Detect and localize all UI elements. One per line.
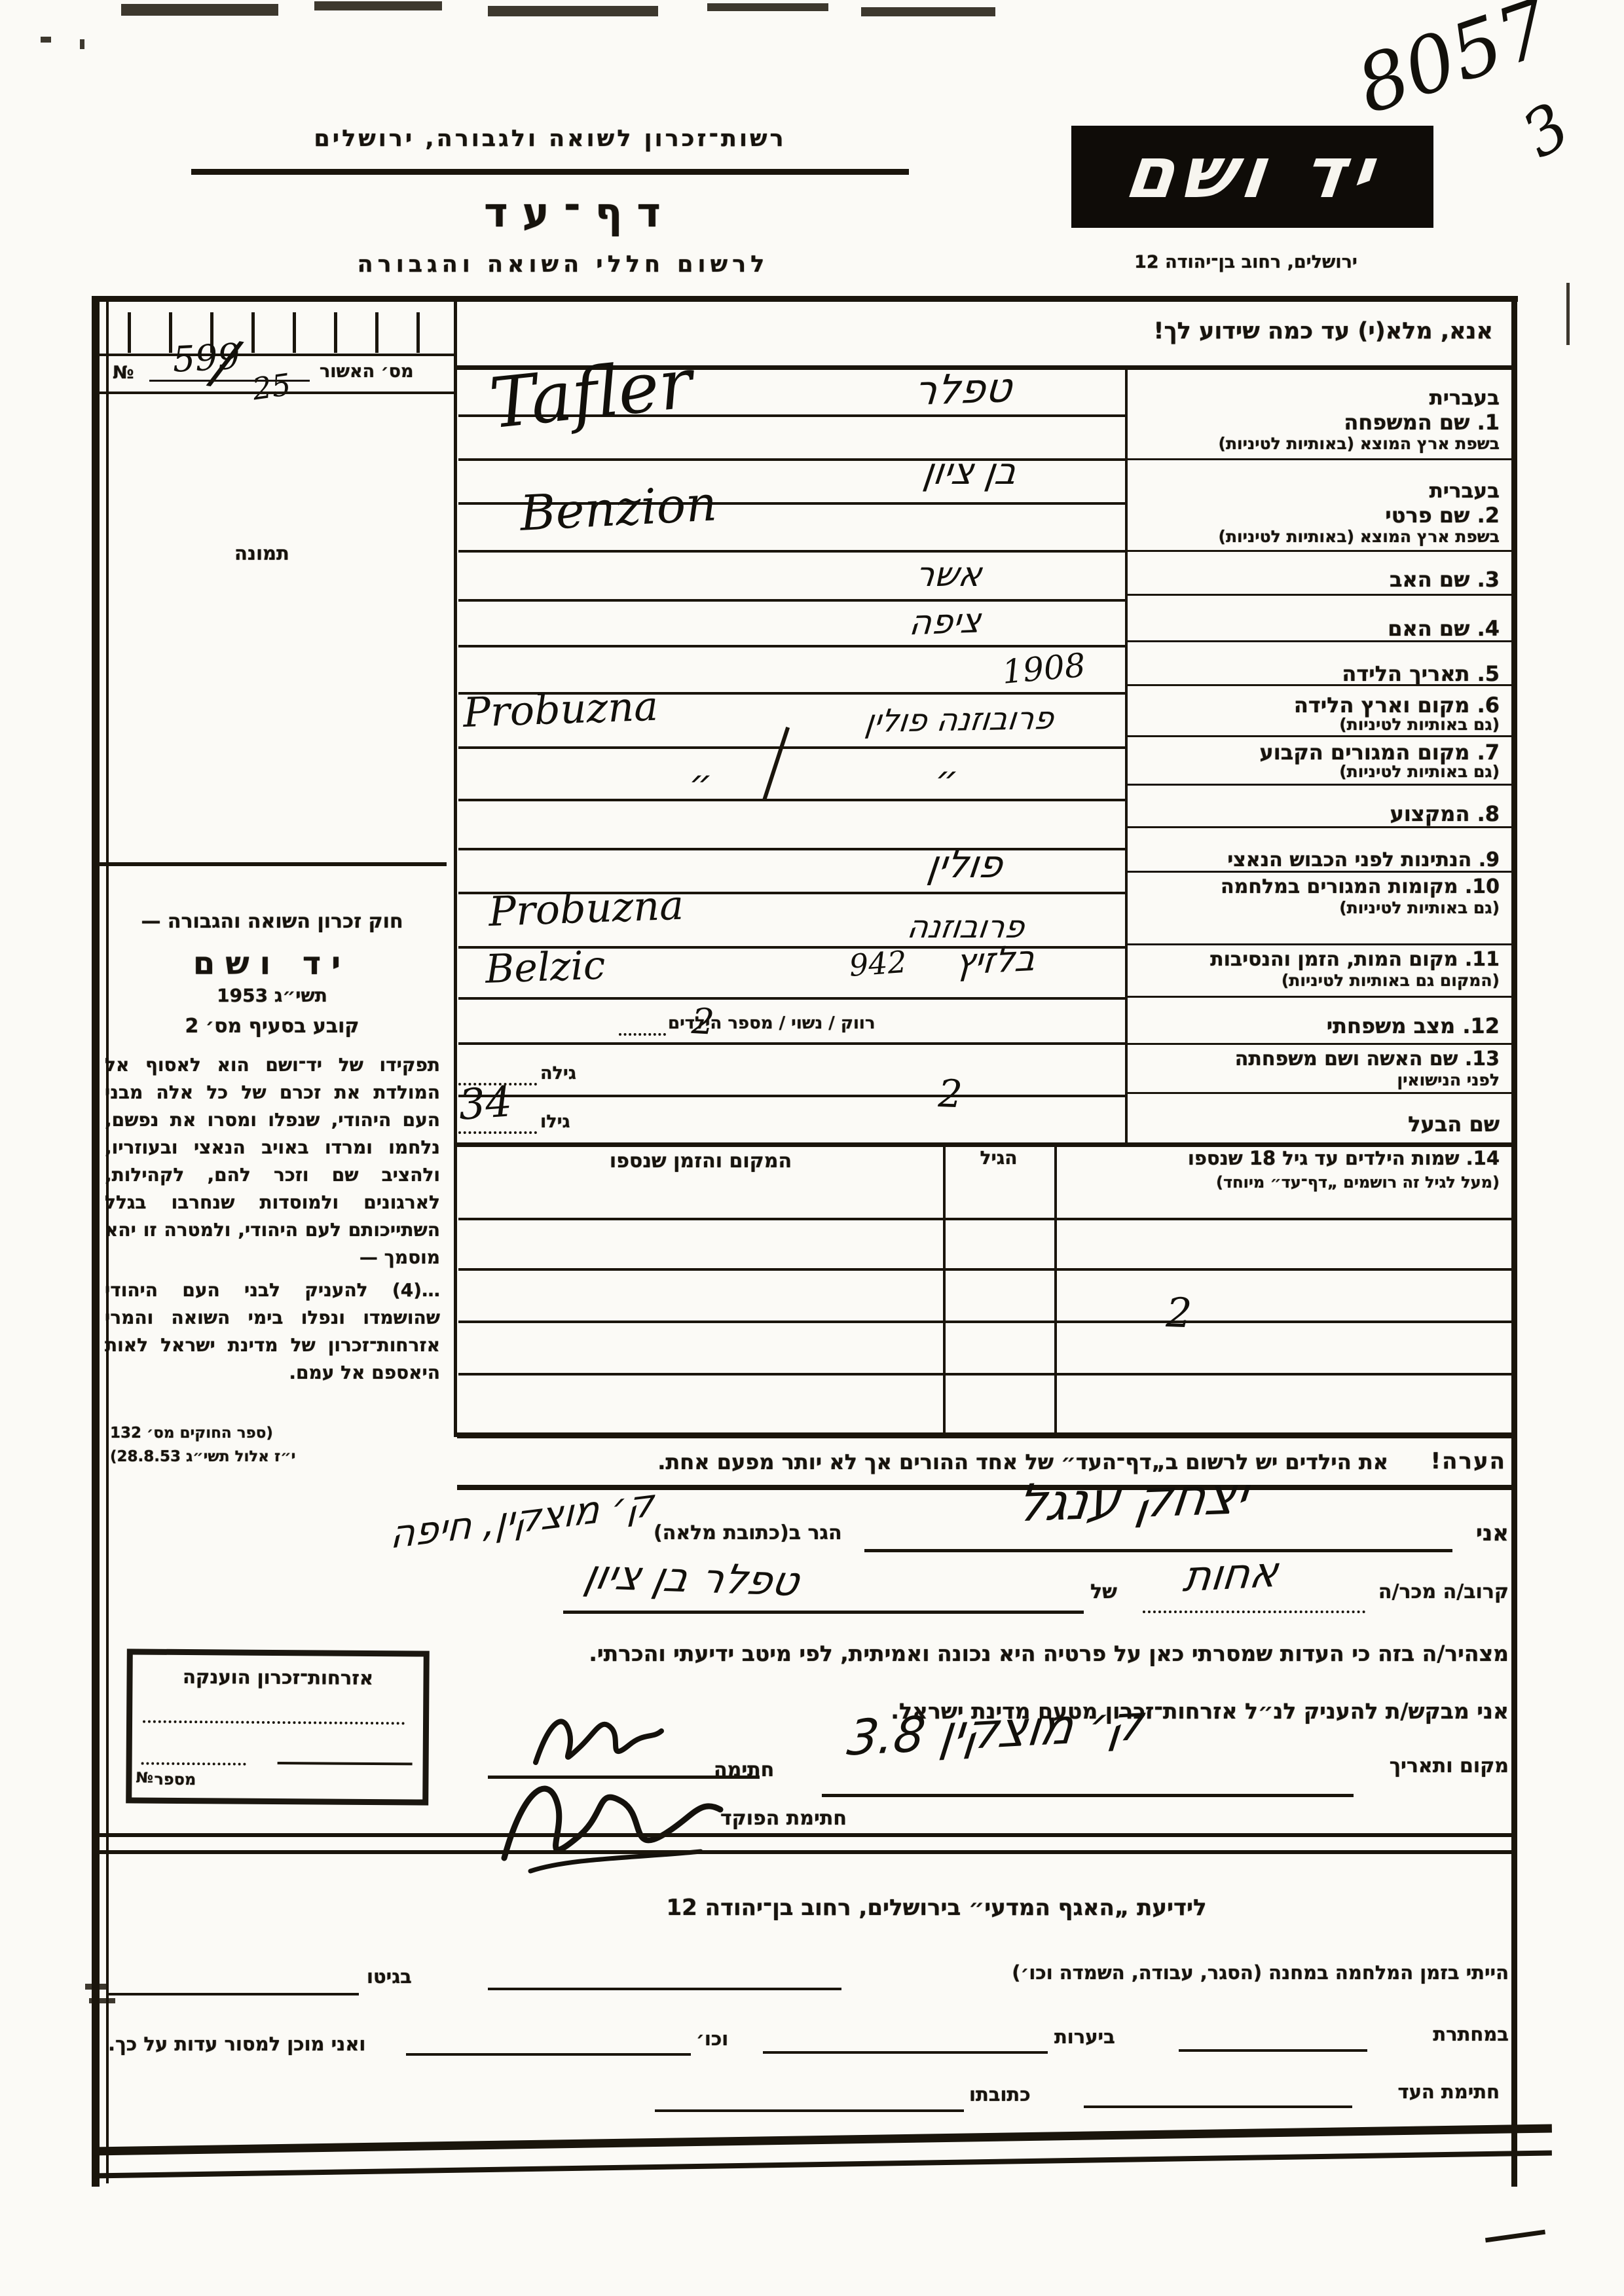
label-wife-name-sub: לפני הנישואין <box>1397 1070 1500 1089</box>
marital-dots <box>619 1033 666 1036</box>
law-body-text: תפקידו של יד־ושם הוא לאסוף אל המולדת את … <box>105 1051 440 1387</box>
bottom-section-title: לידיעת „האגף המדעי״ בירושלים, רחוב בן־יה… <box>504 1895 1369 1921</box>
declaration-statement: מצהיר/ה בזה כי העדות שמסרתי כאן על פרטיה… <box>589 1641 1509 1666</box>
law-body-paragraph: תפקידו של יד־ושם הוא לאסוף אל המולדת את … <box>105 1051 440 1271</box>
witness-signature-bottom-label: חתימת העד <box>1398 2081 1500 2103</box>
label-children-names-sub: (מעל לגיל זה רושמים „דף־עד״ מיוחד) <box>1216 1173 1500 1192</box>
place-date-line <box>822 1794 1354 1797</box>
table-divider-age-left <box>943 1147 946 1434</box>
ready-to-testify-label: ואני מוכן למסור עדות על כך. <box>108 2033 365 2055</box>
label-residence: 7. מקום המגורים הקבוע <box>1259 740 1500 765</box>
write-line <box>458 997 1125 1000</box>
forests-label: ביערות <box>1054 2026 1115 2048</box>
note-top-rule <box>457 1432 1513 1438</box>
table-row-line <box>458 1373 1511 1376</box>
scan-artifact <box>41 37 51 43</box>
wife-age-dots <box>458 1083 537 1085</box>
fill-instruction: אנא, מלא(י) עד כמה שידוע לך! <box>1153 318 1493 344</box>
label-death-place: 11. מקום המות, הזמן והנסיבות <box>1210 948 1500 971</box>
label-profession: 8. המקצוע <box>1390 801 1500 826</box>
ruler-tick <box>251 312 255 353</box>
entry-family-name-latin: Tafler <box>486 343 696 445</box>
label-divider <box>1128 594 1511 596</box>
entry-citizenship: פולין <box>925 842 1005 886</box>
entry-children-table-mark: 2 <box>1165 1288 1192 1337</box>
authority-name: רשות־זכרון לשואה ולגבורה, ירושלים <box>196 126 904 152</box>
stamp-box-number-sign: № <box>136 1770 153 1786</box>
witness-address-bottom-line <box>655 2109 964 2112</box>
tick-strip-baseline <box>100 354 454 356</box>
form-border-left-outer <box>92 296 100 2187</box>
underground-label: במחתרת <box>1433 2023 1509 2045</box>
underground-line <box>1179 2049 1367 2052</box>
relation-dots <box>1143 1611 1365 1613</box>
write-line <box>458 645 1125 647</box>
write-line <box>458 599 1125 602</box>
number-sign: № <box>113 363 134 383</box>
label-war-residence: 10. מקומות המגורים במלחמה <box>1221 875 1500 898</box>
bottom-corner-mark <box>1485 2230 1545 2243</box>
divider-left-column <box>454 298 457 1437</box>
label-first-name: 2. שם פרטי <box>1385 503 1500 528</box>
write-line <box>458 799 1125 801</box>
label-father-name: 3. שם האב <box>1390 567 1500 592</box>
page-of-testimony-scan: רשות־זכרון לשואה ולגבורה, ירושלים דף־עד … <box>0 0 1624 2296</box>
scan-artifact <box>707 3 828 11</box>
forests-line <box>763 2051 1048 2054</box>
label-mother-name: 4. שם האם <box>1388 616 1500 641</box>
note-title: הערה! <box>1431 1448 1506 1474</box>
of-label: של <box>1090 1580 1117 1603</box>
approval-line-partial <box>149 380 310 382</box>
husband-age-label: גילו <box>540 1112 570 1132</box>
entry-death-place-latin: Belzic <box>485 943 606 993</box>
residing-label: הגר ב(כתובת מלאה) <box>654 1522 842 1544</box>
scan-artifact <box>121 4 278 16</box>
husband-age-dots <box>458 1131 537 1134</box>
label-divider <box>1128 784 1511 786</box>
label-birth-place-sub: (גם באותיות לטיניות) <box>1339 715 1500 734</box>
label-divider <box>1128 735 1511 737</box>
section-divider-rule-1 <box>98 1833 1513 1837</box>
section-divider-rule-2 <box>98 1850 1513 1854</box>
label-first-name-sub: בשפת ארץ המוצא (באותיות לטיניות) <box>1219 527 1500 546</box>
label-birth-date: 5. תאריך הלידה <box>1342 661 1500 686</box>
scan-artifact <box>1566 283 1570 345</box>
stamp-box-line2-right <box>278 1762 413 1765</box>
form-title: דף־עד <box>462 189 697 236</box>
write-line <box>458 458 1125 461</box>
label-wife-name: 13. שם האשה ושם משפחתה <box>1235 1048 1500 1070</box>
witness-address-handwritten: ק׳ מוצקין, חיפה <box>389 1480 655 1558</box>
label-hebrew-1: בעברית <box>1430 386 1500 410</box>
approval-line-full <box>100 392 454 394</box>
entry-family-name-hebrew: טפלר <box>912 363 1014 415</box>
approval-number-label: מס׳ האשור <box>320 361 413 382</box>
entry-birth-place-hebrew: פרובוזנה פולין <box>863 700 1056 740</box>
office-address: ירושלים, רחוב בן־יהודה 12 <box>1051 252 1441 272</box>
note-text: את הילדים יש לרשום ב„דף־העד״ של אחד ההור… <box>657 1449 1388 1474</box>
witness-address-bottom-label: כתובתו <box>969 2083 1031 2105</box>
entry-residence-ditto-right: ״ <box>935 758 959 801</box>
scan-artifact <box>80 39 84 49</box>
etc-line <box>406 2053 691 2056</box>
write-line <box>458 746 1125 749</box>
stamp-box-title: אזרחות־זכרון הוענקה <box>132 1665 423 1689</box>
entry-husband-age: 34 <box>457 1078 513 1130</box>
label-divider <box>1128 550 1511 552</box>
law-footnote-line2: י״ז אלול תשי״ג 28.8.53) <box>110 1448 295 1465</box>
memorial-citizenship-stamp-box: אזרחות־זכרון הוענקה מספר № <box>126 1649 430 1805</box>
label-family-name: 1. שם המשפחה <box>1344 410 1500 435</box>
label-war-residence-sub: (גם באותיות לטיניות) <box>1339 898 1500 917</box>
marital-options-printed: רווק / נשוי / מספר הילדים <box>668 1013 876 1033</box>
label-marital-status: 12. מצב משפחתי <box>1327 1013 1500 1038</box>
law-org-name: יד ושם <box>103 945 441 982</box>
law-footnote-line1: (ספר החוקים מס׳ 132 <box>110 1425 273 1442</box>
page-bottom-rule-1 <box>92 2124 1552 2155</box>
label-husband-name: שם הבעל <box>1408 1112 1500 1137</box>
corner-flourish-handwritten: 3 <box>1509 89 1582 172</box>
relation-handwritten: אחות <box>1181 1548 1281 1601</box>
entry-first-name-hebrew: בן ציון <box>921 450 1020 493</box>
scan-artifact <box>488 6 658 16</box>
form-subtitle: לרשום חללי השואה והגבורה <box>282 251 845 278</box>
yad-vashem-logo-text: יד ושם <box>1068 132 1437 214</box>
table-divider-age-right <box>1054 1147 1057 1434</box>
label-family-name-sub: בשפת ארץ המוצא (באותיות לטיניות) <box>1219 434 1500 453</box>
war-camp-label: הייתי בזמן המלחמה במחנה (הסגר, עבודה, הש… <box>1012 1961 1509 1984</box>
law-clause-paragraph: …(4) להעניק לבני העם היהודי שהושמדו ונפל… <box>105 1277 440 1387</box>
label-divider <box>1128 996 1511 998</box>
law-year: תשי״ג 1953 <box>103 985 441 1006</box>
entry-mother-name: ציפה <box>908 601 983 643</box>
table-top-rule <box>457 1142 1513 1147</box>
page-bottom-rule-2 <box>92 2150 1552 2178</box>
ruler-tick <box>375 312 378 353</box>
entry-birth-year: 1908 <box>1001 646 1087 691</box>
divider-label-column <box>1125 367 1128 1144</box>
table-col-place-header: המקום והזמן שנספו <box>458 1150 943 1173</box>
relation-label: קרוב/ה מכר/ה <box>1378 1580 1509 1603</box>
of-handwritten: טפלר בן ציון <box>581 1550 804 1605</box>
stamp-box-line1 <box>143 1721 405 1725</box>
label-divider <box>1128 684 1511 686</box>
label-children-names: 14. שמות הילדים עד גיל 18 שנספו <box>1188 1147 1500 1169</box>
header-underline <box>191 169 909 175</box>
write-line <box>458 848 1125 850</box>
entry-wife-age: 2 <box>938 1071 963 1116</box>
entry-death-place-hebrew: בלזיץ <box>953 938 1037 983</box>
yad-vashem-logo: יד ושם <box>1074 128 1431 225</box>
declaration-i-label: אני <box>1476 1520 1509 1546</box>
entry-war-residence-latin: Probuzna <box>488 881 684 936</box>
scan-artifact <box>861 7 995 16</box>
label-divider <box>1128 943 1511 945</box>
label-divider <box>1128 871 1511 873</box>
label-divider <box>1128 1092 1511 1094</box>
entry-first-name-latin: Benzion <box>519 475 718 542</box>
wife-age-label: גילה <box>540 1063 576 1084</box>
entry-death-year: 942 <box>848 944 908 983</box>
label-citizenship: 9. הנתינות לפני הכבוש הנאצי <box>1227 848 1500 871</box>
etc-label: וכו׳ <box>696 2028 728 2050</box>
table-row-line <box>458 1268 1511 1271</box>
law-heading: חוק זכרון השואה והגבורה — <box>103 910 441 933</box>
scan-artifact <box>314 1 442 10</box>
place-date-label: מקום ותאריך <box>1390 1755 1509 1777</box>
label-divider <box>1128 458 1511 460</box>
ghetto-line <box>108 1993 359 1995</box>
write-line <box>458 550 1125 553</box>
form-border-top <box>92 296 1518 302</box>
ruler-tick <box>334 312 337 353</box>
write-line <box>458 1042 1125 1045</box>
sidebar-top-rule <box>98 862 447 866</box>
war-camp-line <box>488 1988 841 1990</box>
label-divider <box>1128 1043 1511 1045</box>
entry-birth-place-latin: Probuzna <box>462 682 659 737</box>
label-residence-sub: (גם באותיות לטיניות) <box>1339 762 1500 781</box>
label-death-place-sub: (המקום גם באותיות לטיניות) <box>1282 971 1500 990</box>
label-hebrew-2: בעברית <box>1430 479 1500 503</box>
witness-name-handwritten: יצחק ענגל <box>1013 1467 1251 1534</box>
stamp-box-line2-left <box>141 1762 246 1766</box>
table-row-line <box>458 1218 1511 1220</box>
entry-residence-slash-stroke <box>762 727 790 801</box>
label-birth-place: 6. מקום וארץ הלידה <box>1294 693 1500 718</box>
stamp-box-number-label: מספר <box>154 1770 196 1789</box>
of-line <box>563 1611 1084 1614</box>
place-date-handwritten: ק׳ מוצקין 3.8 <box>844 1694 1147 1766</box>
law-section: קובע בסעיף מס׳ 2 <box>103 1015 441 1038</box>
ruler-tick <box>128 312 131 353</box>
witness-name-line <box>864 1549 1452 1552</box>
ruler-tick <box>293 312 296 353</box>
label-divider <box>1128 640 1511 642</box>
write-line <box>458 1095 1125 1097</box>
photo-placeholder-label: תמונה <box>234 542 289 564</box>
ghetto-label: בגיטו <box>367 1965 412 1988</box>
table-row-line <box>458 1321 1511 1323</box>
form-border-right <box>1511 296 1517 2187</box>
entry-residence-ditto-left: ״ <box>689 762 712 805</box>
witness-signature-bottom-line <box>1084 2105 1352 2108</box>
table-col-age-header: הגיל <box>943 1147 1054 1169</box>
approval-number-sub-handwritten: 25 <box>250 367 293 407</box>
official-signature-scribble <box>485 1760 747 1884</box>
entry-father-name: אשר <box>913 555 984 594</box>
label-divider <box>1128 826 1511 828</box>
ruler-tick <box>416 312 420 353</box>
